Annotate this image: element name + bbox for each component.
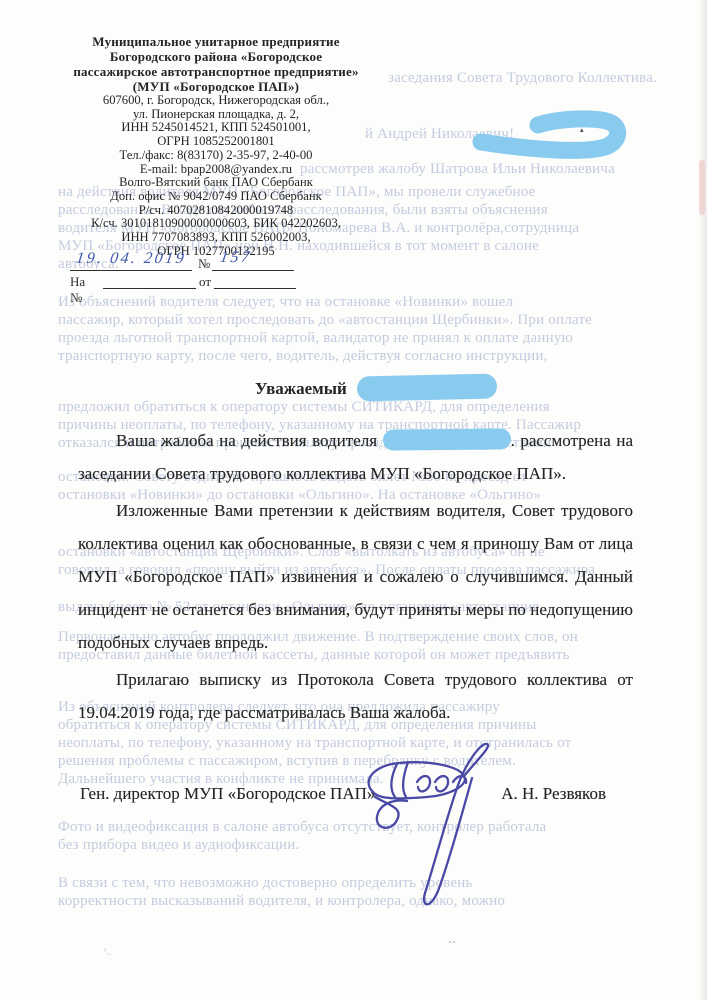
redaction-squiggle-top — [455, 103, 635, 165]
signature-scribble — [345, 740, 520, 920]
ghost-text-line: пассажир, который хотел проследовать до … — [58, 312, 592, 329]
na-underline — [103, 272, 196, 289]
p1-text-before: Ваша жалоба на действия водителя — [116, 431, 383, 450]
letterhead-line: Богородского района «Богородское — [38, 49, 394, 64]
date-underline — [70, 254, 192, 271]
body-paragraph-1: Ваша жалоба на действия водителя . рассм… — [78, 424, 633, 490]
letterhead-line: E-mail: bpap2008@yandex.ru — [38, 163, 394, 177]
salutation-text: Уважаемый — [255, 379, 347, 398]
signer-role: Ген. директор МУП «Богородское ПАП» — [80, 784, 375, 804]
signature-row: Ген. директор МУП «Богородское ПАП» А. Н… — [80, 784, 606, 804]
ghost-text-line: заседания Совета Трудового Коллектива. — [388, 70, 657, 87]
letterhead-line: Волго-Вятский банк ПАО Сбербанк — [38, 176, 394, 190]
letterhead-line: К/сч. 30101810900000000603, БИК 04220260… — [38, 217, 394, 231]
number-underline — [212, 254, 294, 271]
letterhead-line: ул. Пионерская площадка, д. 2, — [38, 108, 394, 122]
redaction-addressee-name — [357, 374, 497, 402]
letterhead-line: Доп. офис № 9042/0749 ПАО Сбербанк — [38, 190, 394, 204]
letterhead-line: Р/сч. 40702810842000019748 — [38, 204, 394, 218]
letterhead-line: ИНН 7707083893, КПП 526002003, — [38, 231, 394, 245]
body-paragraph-2: Изложенные Вами претензии к действиям во… — [78, 494, 633, 659]
letterhead-line: пассажирское автотранспортное предприяти… — [38, 64, 394, 79]
ghost-text-line: без прибора видео и аудиофиксации. — [58, 837, 299, 854]
letterhead-line: Тел./факс: 8(83170) 2-35-97, 2-40-00 — [38, 149, 394, 163]
number-sign: № — [198, 256, 210, 272]
na-number-label: На № — [70, 274, 85, 306]
letterhead-line: ОГРН 1085252001801 — [38, 135, 394, 149]
letterhead-line: (МУП «Богородское ПАП») — [38, 79, 394, 94]
letterhead-line: ИНН 5245014521, КПП 524501001, — [38, 121, 394, 135]
body-paragraph-3: Прилагаю выписку из Протокола Совета тру… — [78, 663, 633, 729]
scan-speck: ⁃⁃ — [448, 938, 456, 947]
ghost-text-line: транспортную карту, после чего, водитель… — [58, 348, 548, 365]
ghost-text-line: проезда льготной транспортной картой, ва… — [58, 330, 573, 347]
scanned-letter-page: заседания Совета Трудового Коллектива.й … — [0, 0, 707, 1000]
ot-label: от — [199, 274, 211, 290]
ghost-text-line: предложил обратиться к оператору системы… — [58, 399, 550, 416]
ot-underline — [214, 272, 296, 289]
ghost-text-line: Из объяснений водителя следует, что на о… — [58, 294, 513, 311]
letterhead-line: Муниципальное унитарное предприятие — [38, 34, 394, 49]
letter-body: Ваша жалоба на действия водителя . рассм… — [78, 424, 633, 733]
letterhead-line: 607600, г. Богородск, Нижегородская обл.… — [38, 94, 394, 108]
greeting-line: Уважаемый — [255, 375, 497, 400]
redaction-driver-name — [382, 428, 510, 450]
scan-artifact-triangle: ▴ — [580, 126, 584, 134]
letterhead: Муниципальное унитарное предприятие Бого… — [38, 34, 394, 258]
